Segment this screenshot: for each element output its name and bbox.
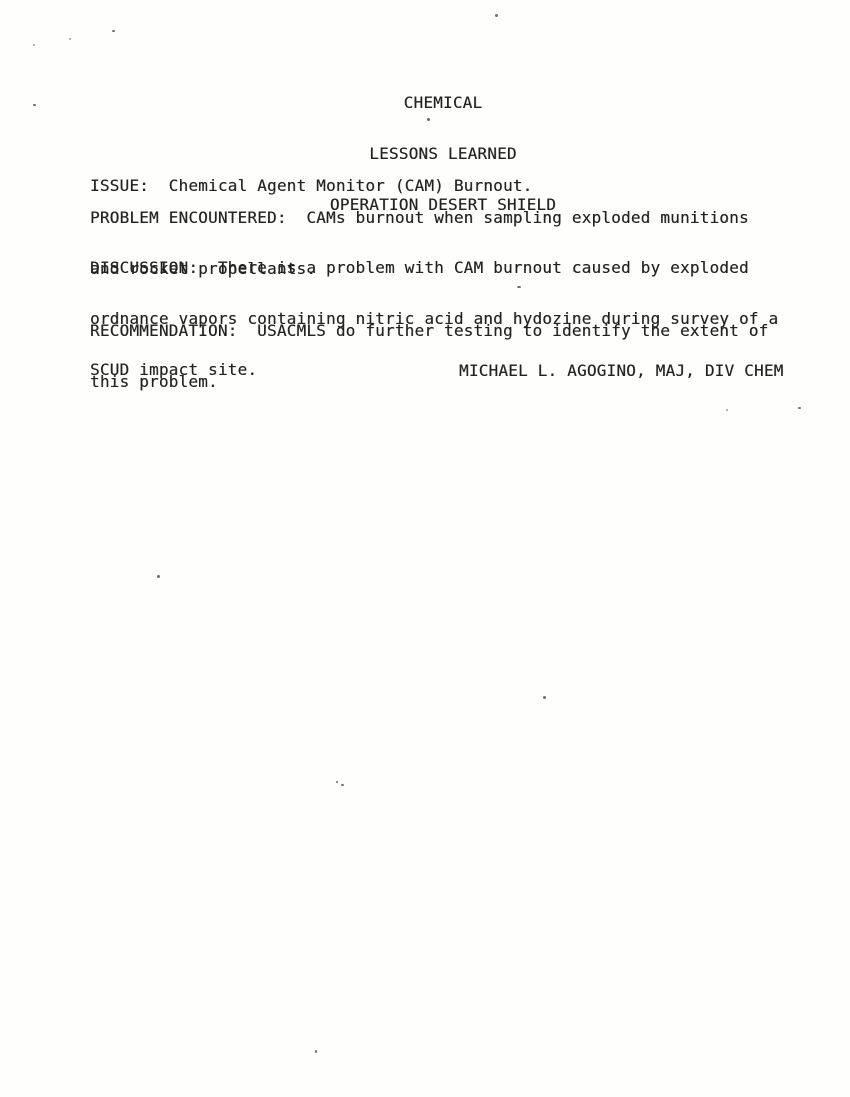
- scan-speck: [726, 409, 728, 411]
- scan-speck: [563, 328, 566, 330]
- scan-speck: [336, 781, 338, 783]
- scanned-document-page: CHEMICAL LESSONS LEARNED OPERATION DESER…: [0, 0, 850, 1097]
- scan-speck: [573, 270, 575, 272]
- scan-speck: [315, 1050, 317, 1053]
- signature-line: MICHAEL L. AGOGINO, MAJ, DIV CHEM: [459, 362, 783, 379]
- scan-speck: [341, 784, 344, 786]
- scan-speck: [427, 118, 430, 121]
- problem-line-1: PROBLEM ENCOUNTERED: CAMs burnout when s…: [90, 209, 749, 226]
- recommendation-line-1: RECOMMENDATION: USACMLS do further testi…: [90, 322, 768, 339]
- scan-speck: [33, 104, 36, 106]
- scan-speck: [69, 38, 71, 40]
- scan-speck: [495, 14, 498, 17]
- title-line-chemical: CHEMICAL: [36, 94, 850, 111]
- scan-speck: [798, 407, 801, 409]
- section-recommendation: RECOMMENDATION: USACMLS do further testi…: [90, 288, 768, 424]
- scan-speck: [543, 696, 546, 699]
- scan-speck: [725, 220, 728, 222]
- scan-speck: [517, 286, 521, 288]
- discussion-line-1: DISCUSSION: There is a problem with CAM …: [90, 259, 778, 276]
- scan-speck: [112, 30, 115, 32]
- scan-speck: [157, 575, 160, 578]
- scan-speck: [33, 44, 35, 46]
